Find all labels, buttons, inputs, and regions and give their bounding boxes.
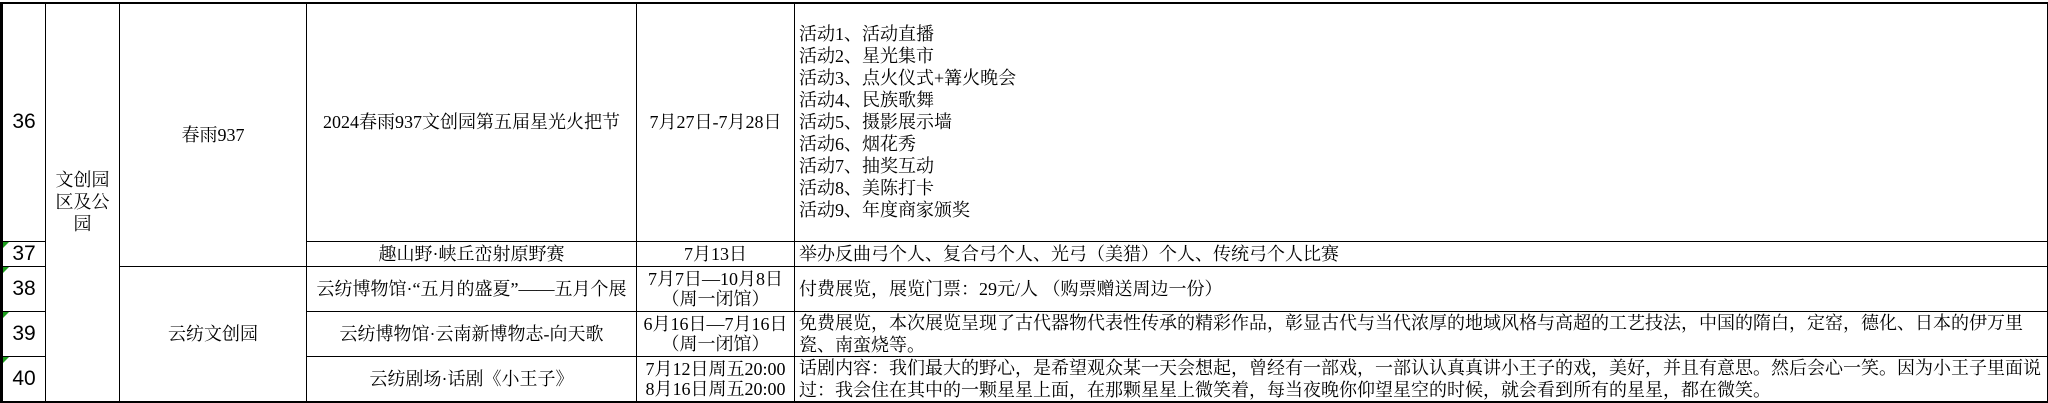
venue-cell-chunyu937[interactable]: 春雨937 [120,3,307,266]
cell-error-flag-icon [3,242,9,248]
cell-error-flag-icon [3,312,9,318]
venue-cell-yunfang[interactable]: 云纺文创园 [120,266,307,402]
details-cell-40[interactable]: 话剧内容：我们最大的野心，是希望观众某一天会想起，曾经有一部戏，一部认认真真讲小… [795,356,2048,402]
row-number-cell-38[interactable]: 38 [2,266,46,311]
category-cell[interactable]: 文创园区及公园 [46,3,120,402]
date-cell-38[interactable]: 7月7日—10月8日 （周一闭馆） [637,266,795,311]
event-name: 趣山野·峡丘峦射原野赛 [379,244,565,264]
row-number: 38 [12,277,35,300]
venue-label: 春雨937 [182,125,245,145]
row-number-cell-40[interactable]: 40 [2,356,46,402]
category-label: 文创园区及公园 [56,170,110,234]
row-number: 37 [12,242,35,265]
row-number-cell-37[interactable]: 37 [2,241,46,266]
table-row-36: 36 文创园区及公园 春雨937 2024春雨937文创园第五届星光火把节 7月… [2,3,2048,241]
event-name: 云纺博物馆·“五月的盛夏”——五月个展 [317,279,627,299]
details-cell-37[interactable]: 举办反曲弓个人、复合弓个人、光弓（美猎）个人、传统弓个人比赛 [795,241,2048,266]
date-cell-39[interactable]: 6月16日—7月16日 （周一闭馆） [637,311,795,356]
row-number: 40 [12,367,35,390]
row-number-cell-36[interactable]: 36 [2,3,46,241]
event-name-cell-36[interactable]: 2024春雨937文创园第五届星光火把节 [307,3,637,241]
row-number: 36 [12,110,35,133]
event-name: 云纺剧场·话剧《小王子》 [370,369,574,389]
event-name: 云纺博物馆·云南新博物志-向天歌 [340,324,604,344]
date-cell-36[interactable]: 7月27日-7月28日 [637,3,795,241]
table-row-40: 40 云纺剧场·话剧《小王子》 7月12日周五20:00 8月16日周五20:0… [2,356,2048,402]
venue-label: 云纺文创园 [168,324,258,344]
date-cell-40[interactable]: 7月12日周五20:00 8月16日周五20:00 [637,356,795,402]
table-row-37: 37 趣山野·峡丘峦射原野赛 7月13日 举办反曲弓个人、复合弓个人、光弓（美猎… [2,241,2048,266]
table-row-39: 39 云纺博物馆·云南新博物志-向天歌 6月16日—7月16日 （周一闭馆） 免… [2,311,2048,356]
row-number-cell-39[interactable]: 39 [2,311,46,356]
spreadsheet-events-table-view: 36 文创园区及公园 春雨937 2024春雨937文创园第五届星光火把节 7月… [0,0,2048,399]
cell-error-flag-icon [3,267,9,273]
event-name-cell-40[interactable]: 云纺剧场·话剧《小王子》 [307,356,637,402]
details-cell-36[interactable]: 活动1、活动直播 活动2、星光集市 活动3、点火仪式+篝火晚会 活动4、民族歌舞… [795,3,2048,241]
event-name-cell-38[interactable]: 云纺博物馆·“五月的盛夏”——五月个展 [307,266,637,311]
event-name-cell-39[interactable]: 云纺博物馆·云南新博物志-向天歌 [307,311,637,356]
event-name-cell-37[interactable]: 趣山野·峡丘峦射原野赛 [307,241,637,266]
date-cell-37[interactable]: 7月13日 [637,241,795,266]
events-table: 36 文创园区及公园 春雨937 2024春雨937文创园第五届星光火把节 7月… [0,2,2048,403]
row-number: 39 [12,322,35,345]
table-row-38: 38 云纺文创园 云纺博物馆·“五月的盛夏”——五月个展 7月7日—10月8日 … [2,266,2048,311]
event-name: 2024春雨937文创园第五届星光火把节 [323,112,620,132]
details-cell-38[interactable]: 付费展览，展览门票：29元/人 （购票赠送周边一份） [795,266,2048,311]
details-cell-39[interactable]: 免费展览，本次展览呈现了古代器物代表性传承的精彩作品，彰显古代与当代浓厚的地域风… [795,311,2048,356]
cell-error-flag-icon [3,357,9,363]
